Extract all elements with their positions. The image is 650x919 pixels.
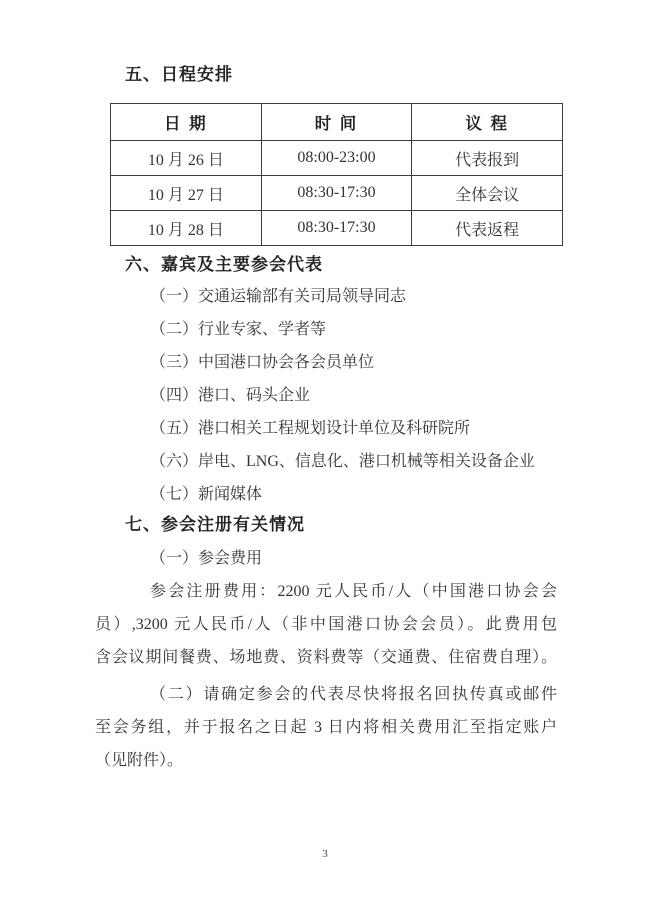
list-item: （六）岸电、LNG、信息化、港口机械等相关设备企业 xyxy=(95,445,557,478)
table-header-agenda: 议 程 xyxy=(412,104,563,141)
cell-time: 08:30-17:30 xyxy=(261,176,412,211)
schedule-table-header-row: 日 期 时 间 议 程 xyxy=(111,104,563,141)
paragraph-line: 至会务组，并于报名之日起 3 日内将相关费用汇至指定账户 xyxy=(95,711,557,744)
paragraph-fee: 参会注册费用：2200 元人民币/人（中国港口协会会 员）,3200 元人民币/… xyxy=(95,575,557,674)
table-header-date: 日 期 xyxy=(111,104,262,141)
list-item: （七）新闻媒体 xyxy=(95,478,557,511)
section7-heading: 七、参会注册有关情况 xyxy=(125,514,557,536)
paragraph-registration: （二）请确定参会的代表尽快将报名回执传真或邮件 至会务组，并于报名之日起 3 日… xyxy=(95,678,557,777)
cell-agenda: 全体会议 xyxy=(412,176,563,211)
list-item: （一）交通运输部有关司局领导同志 xyxy=(95,280,557,313)
page-number: 3 xyxy=(0,847,650,862)
paragraph-line: 员）,3200 元人民币/人（非中国港口协会会员）。此费用包 xyxy=(95,608,557,641)
list-item: （四）港口、码头企业 xyxy=(95,379,557,412)
schedule-table: 日 期 时 间 议 程 10 月 26 日 08:00-23:00 代表报到 1… xyxy=(110,103,563,246)
cell-agenda: 代表报到 xyxy=(412,141,563,176)
cell-time: 08:00-23:00 xyxy=(261,141,412,176)
cell-date: 10 月 28 日 xyxy=(111,211,262,246)
cell-time: 08:30-17:30 xyxy=(261,211,412,246)
section5-heading: 五、日程安排 xyxy=(125,64,557,86)
list-item: （三）中国港口协会各会员单位 xyxy=(95,346,557,379)
list-item: （二）行业专家、学者等 xyxy=(95,313,557,346)
document-page: 五、日程安排 日 期 时 间 议 程 10 月 26 日 08:00-23:00… xyxy=(0,0,650,919)
list-item: （五）港口相关工程规划设计单位及科研院所 xyxy=(95,412,557,445)
document-content: 五、日程安排 日 期 时 间 议 程 10 月 26 日 08:00-23:00… xyxy=(95,0,557,777)
table-row: 10 月 27 日 08:30-17:30 全体会议 xyxy=(111,176,563,211)
section6-heading: 六、嘉宾及主要参会代表 xyxy=(125,254,557,276)
table-row: 10 月 28 日 08:30-17:30 代表返程 xyxy=(111,211,563,246)
sub-item-fee: （一）参会费用 xyxy=(95,542,557,575)
paragraph-line: 参会注册费用：2200 元人民币/人（中国港口协会会 xyxy=(95,575,557,608)
paragraph-line: （见附件）。 xyxy=(95,744,557,777)
paragraph-line: 含会议期间餐费、场地费、资料费等（交通费、住宿费自理）。 xyxy=(95,641,557,674)
cell-date: 10 月 26 日 xyxy=(111,141,262,176)
paragraph-line: （二）请确定参会的代表尽快将报名回执传真或邮件 xyxy=(95,678,557,711)
cell-date: 10 月 27 日 xyxy=(111,176,262,211)
guest-list: （一）交通运输部有关司局领导同志 （二）行业专家、学者等 （三）中国港口协会各会… xyxy=(95,280,557,511)
table-header-time: 时 间 xyxy=(261,104,412,141)
table-row: 10 月 26 日 08:00-23:00 代表报到 xyxy=(111,141,563,176)
cell-agenda: 代表返程 xyxy=(412,211,563,246)
